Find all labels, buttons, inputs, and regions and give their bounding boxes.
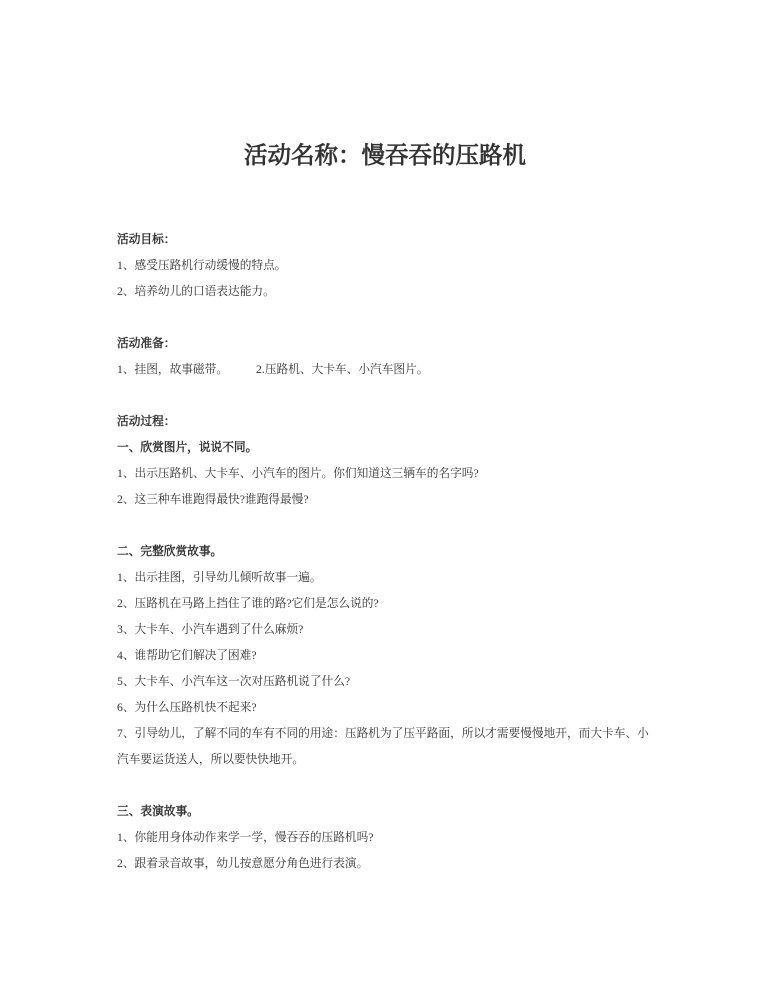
paragraph: 1、你能用身体动作来学一学，慢吞吞的压路机吗? — [117, 825, 653, 851]
paragraph: 2、跟着录音故事，幼儿按意愿分角色进行表演。 — [117, 851, 653, 877]
paragraph: 3、大卡车、小汽车遇到了什么麻烦? — [117, 617, 653, 643]
paragraph: 6、为什么压路机快不起来? — [117, 695, 653, 721]
section-heading: 活动过程： — [117, 409, 653, 435]
paragraph: 2、压路机在马路上挡住了谁的路?它们是怎么说的? — [117, 591, 653, 617]
section-heading: 活动目标： — [117, 227, 653, 253]
paragraph: 1、出示压路机、大卡车、小汽车的图片。你们知道这三辆车的名字吗? — [117, 461, 653, 487]
section: 活动过程：一、欣赏图片，说说不同。1、出示压路机、大卡车、小汽车的图片。你们知道… — [117, 409, 653, 513]
document-page: 活动名称：慢吞吞的压路机 活动目标：1、感受压路机行动缓慢的特点。2、培养幼儿的… — [0, 0, 770, 1000]
paragraph: 1、挂图，故事磁带。2.压路机、大卡车、小汽车图片。 — [117, 357, 653, 383]
paragraph-second-column: 2.压路机、大卡车、小汽车图片。 — [256, 363, 428, 376]
section: 活动目标：1、感受压路机行动缓慢的特点。2、培养幼儿的口语表达能力。 — [117, 227, 653, 305]
paragraph: 7、引导幼儿，了解不同的车有不同的用途：压路机为了压平路面，所以才需要慢慢地开，… — [117, 721, 653, 773]
paragraph: 2、培养幼儿的口语表达能力。 — [117, 279, 653, 305]
document-title: 活动名称：慢吞吞的压路机 — [117, 141, 653, 171]
section-heading: 一、欣赏图片，说说不同。 — [117, 435, 653, 461]
document-body: 活动目标：1、感受压路机行动缓慢的特点。2、培养幼儿的口语表达能力。活动准备：1… — [117, 227, 653, 877]
paragraph: 1、出示挂图，引导幼儿倾听故事一遍。 — [117, 565, 653, 591]
paragraph: 2、这三种车谁跑得最快?谁跑得最慢? — [117, 487, 653, 513]
section: 三、表演故事。1、你能用身体动作来学一学，慢吞吞的压路机吗?2、跟着录音故事，幼… — [117, 799, 653, 877]
section: 活动准备：1、挂图，故事磁带。2.压路机、大卡车、小汽车图片。 — [117, 331, 653, 383]
section: 二、完整欣赏故事。1、出示挂图，引导幼儿倾听故事一遍。2、压路机在马路上挡住了谁… — [117, 539, 653, 773]
paragraph: 5、大卡车、小汽车这一次对压路机说了什么? — [117, 669, 653, 695]
paragraph: 4、谁帮助它们解决了困难? — [117, 643, 653, 669]
section-heading: 二、完整欣赏故事。 — [117, 539, 653, 565]
paragraph: 1、感受压路机行动缓慢的特点。 — [117, 253, 653, 279]
section-heading: 活动准备： — [117, 331, 653, 357]
section-heading: 三、表演故事。 — [117, 799, 653, 825]
